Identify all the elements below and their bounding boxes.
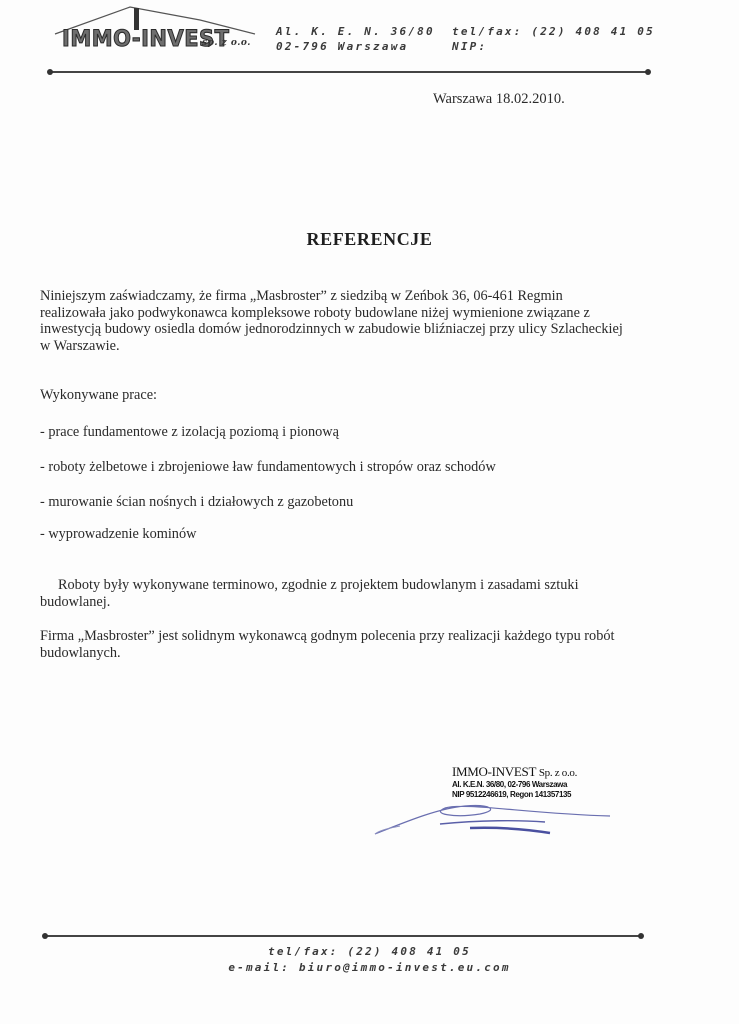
letterhead-contact: tel/fax: (22) 408 41 05 NIP: bbox=[452, 24, 655, 54]
logo-suffix: sp. z o.o. bbox=[202, 38, 251, 48]
works-item: - murowanie ścian nośnych i działowych z… bbox=[40, 494, 353, 511]
footer-email[interactable]: e-mail: biuro@immo-invest.eu.com bbox=[0, 960, 739, 976]
divider-dot-icon bbox=[645, 69, 651, 75]
paragraph-line: Firma „Masbroster” jest solidnym wykonaw… bbox=[40, 628, 680, 645]
letterhead-address: Al. K. E. N. 36/80 02-796 Warszawa bbox=[276, 24, 435, 54]
address-line-2: 02-796 Warszawa bbox=[276, 39, 435, 54]
footer-divider bbox=[45, 935, 641, 937]
company-stamp: IMMO-INVEST Sp. z o.o. Al. K.E.N. 36/80,… bbox=[452, 764, 577, 800]
header-divider bbox=[50, 71, 648, 73]
timeliness-paragraph: Roboty były wykonywane terminowo, zgodni… bbox=[40, 577, 680, 610]
intro-line: w Warszawie. bbox=[40, 338, 680, 355]
paragraph-line: Roboty były wykonywane terminowo, zgodni… bbox=[40, 577, 680, 594]
stamp-company: IMMO-INVEST Sp. z o.o. bbox=[452, 764, 577, 780]
footer-tel: tel/fax: (22) 408 41 05 bbox=[0, 944, 739, 960]
signature-icon bbox=[370, 800, 620, 840]
intro-line: Niniejszym zaświadczamy, że firma „Masbr… bbox=[40, 288, 680, 305]
letter-page: IMMO-INVEST sp. z o.o. Al. K. E. N. 36/8… bbox=[0, 0, 739, 1024]
works-item: - prace fundamentowe z izolacją poziomą … bbox=[40, 424, 339, 441]
recommendation-paragraph: Firma „Masbroster” jest solidnym wykonaw… bbox=[40, 628, 680, 661]
works-label: Wykonywane prace: bbox=[40, 387, 680, 404]
intro-paragraph: Niniejszym zaświadczamy, że firma „Masbr… bbox=[40, 288, 680, 354]
address-line-1: Al. K. E. N. 36/80 bbox=[276, 24, 435, 39]
company-logo: IMMO-INVEST sp. z o.o. bbox=[50, 4, 275, 50]
signature bbox=[370, 800, 620, 845]
stamp-company-name: IMMO-INVEST bbox=[452, 764, 536, 779]
intro-line: inwestycją budowy osiedla domów jednorod… bbox=[40, 321, 680, 338]
tel-fax: tel/fax: (22) 408 41 05 bbox=[452, 24, 655, 39]
divider-dot-icon bbox=[42, 933, 48, 939]
stamp-ids: NIP 9512246619, Regon 141357135 bbox=[452, 790, 577, 800]
intro-line: realizowała jako podwykonawca kompleksow… bbox=[40, 305, 680, 322]
stamp-address: Al. K.E.N. 36/80, 02-796 Warszawa bbox=[452, 780, 577, 790]
divider-dot-icon bbox=[47, 69, 53, 75]
paragraph-line: budowlanych. bbox=[40, 645, 680, 662]
nip: NIP: bbox=[452, 39, 655, 54]
works-item: - wyprowadzenie kominów bbox=[40, 526, 196, 543]
stamp-company-suffix: Sp. z o.o. bbox=[539, 767, 577, 779]
divider-dot-icon bbox=[638, 933, 644, 939]
paragraph-line: budowlanej. bbox=[40, 594, 680, 611]
works-item: - roboty żelbetowe i zbrojeniowe ław fun… bbox=[40, 459, 496, 476]
document-title: REFERENCJE bbox=[0, 229, 739, 250]
letter-date: Warszawa 18.02.2010. bbox=[433, 91, 565, 108]
